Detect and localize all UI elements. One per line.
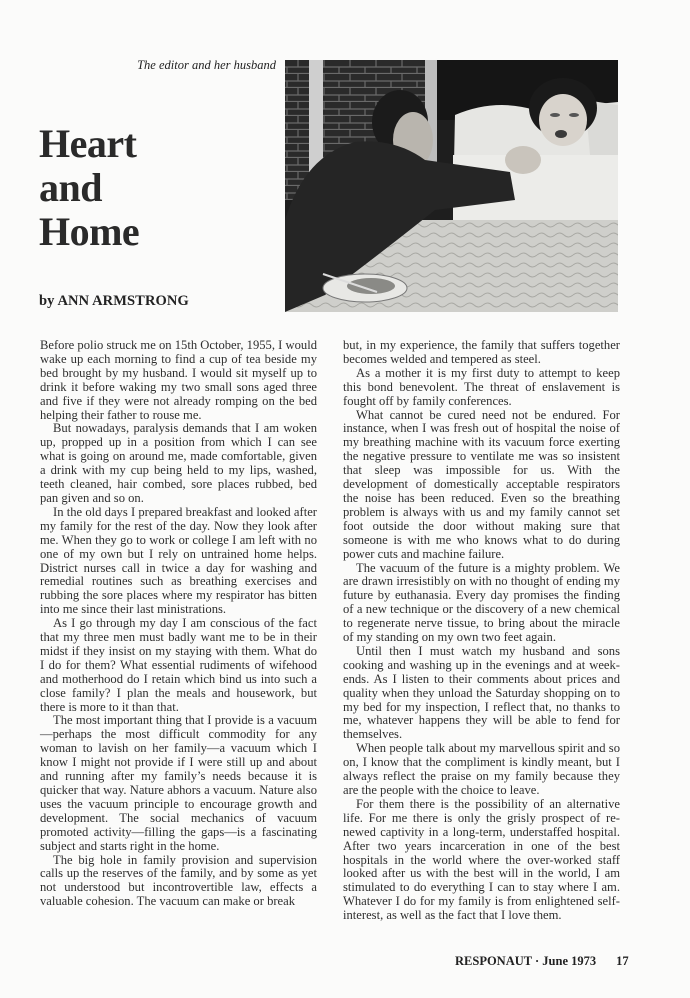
paragraph: The big hole in family provision and sup… (40, 854, 317, 910)
byline: by ANN ARMSTRONG (39, 293, 189, 310)
page-number: 17 (616, 954, 629, 968)
page-footer: RESPONAUT · June 197317 (455, 954, 629, 969)
paragraph: but, in my experience, the family that s… (343, 339, 620, 367)
paragraph: For them there is the possibility of an … (343, 798, 620, 923)
paragraph: In the old days I prepared breakfast and… (40, 506, 317, 617)
paragraph: When people talk about my marvellous spi… (343, 742, 620, 798)
publication-info: RESPONAUT · June 1973 (455, 954, 596, 968)
paragraph: What cannot be cured need not be endured… (343, 409, 620, 562)
title-line: and (39, 166, 139, 210)
photo-caption: The editor and her husband (110, 58, 276, 73)
paragraph: The vacuum of the future is a mighty pro… (343, 562, 620, 645)
article-title: Heart and Home (39, 122, 139, 254)
paragraph: The most important thing that I provide … (40, 714, 317, 853)
article-column-right: but, in my experience, the family that s… (343, 339, 620, 923)
article-photo (285, 60, 618, 312)
paragraph: As a mother it is my first duty to attem… (343, 367, 620, 409)
paragraph: But nowadays, paralysis demands that I a… (40, 422, 317, 505)
title-line: Heart (39, 122, 139, 166)
title-line: Home (39, 210, 139, 254)
photo-illustration (285, 60, 618, 312)
article-column-left: Before polio struck me on 15th October, … (40, 339, 317, 909)
paragraph: As I go through my day I am conscious of… (40, 617, 317, 714)
paragraph: Before polio struck me on 15th October, … (40, 339, 317, 422)
paragraph: Until then I must watch my husband and s… (343, 645, 620, 742)
